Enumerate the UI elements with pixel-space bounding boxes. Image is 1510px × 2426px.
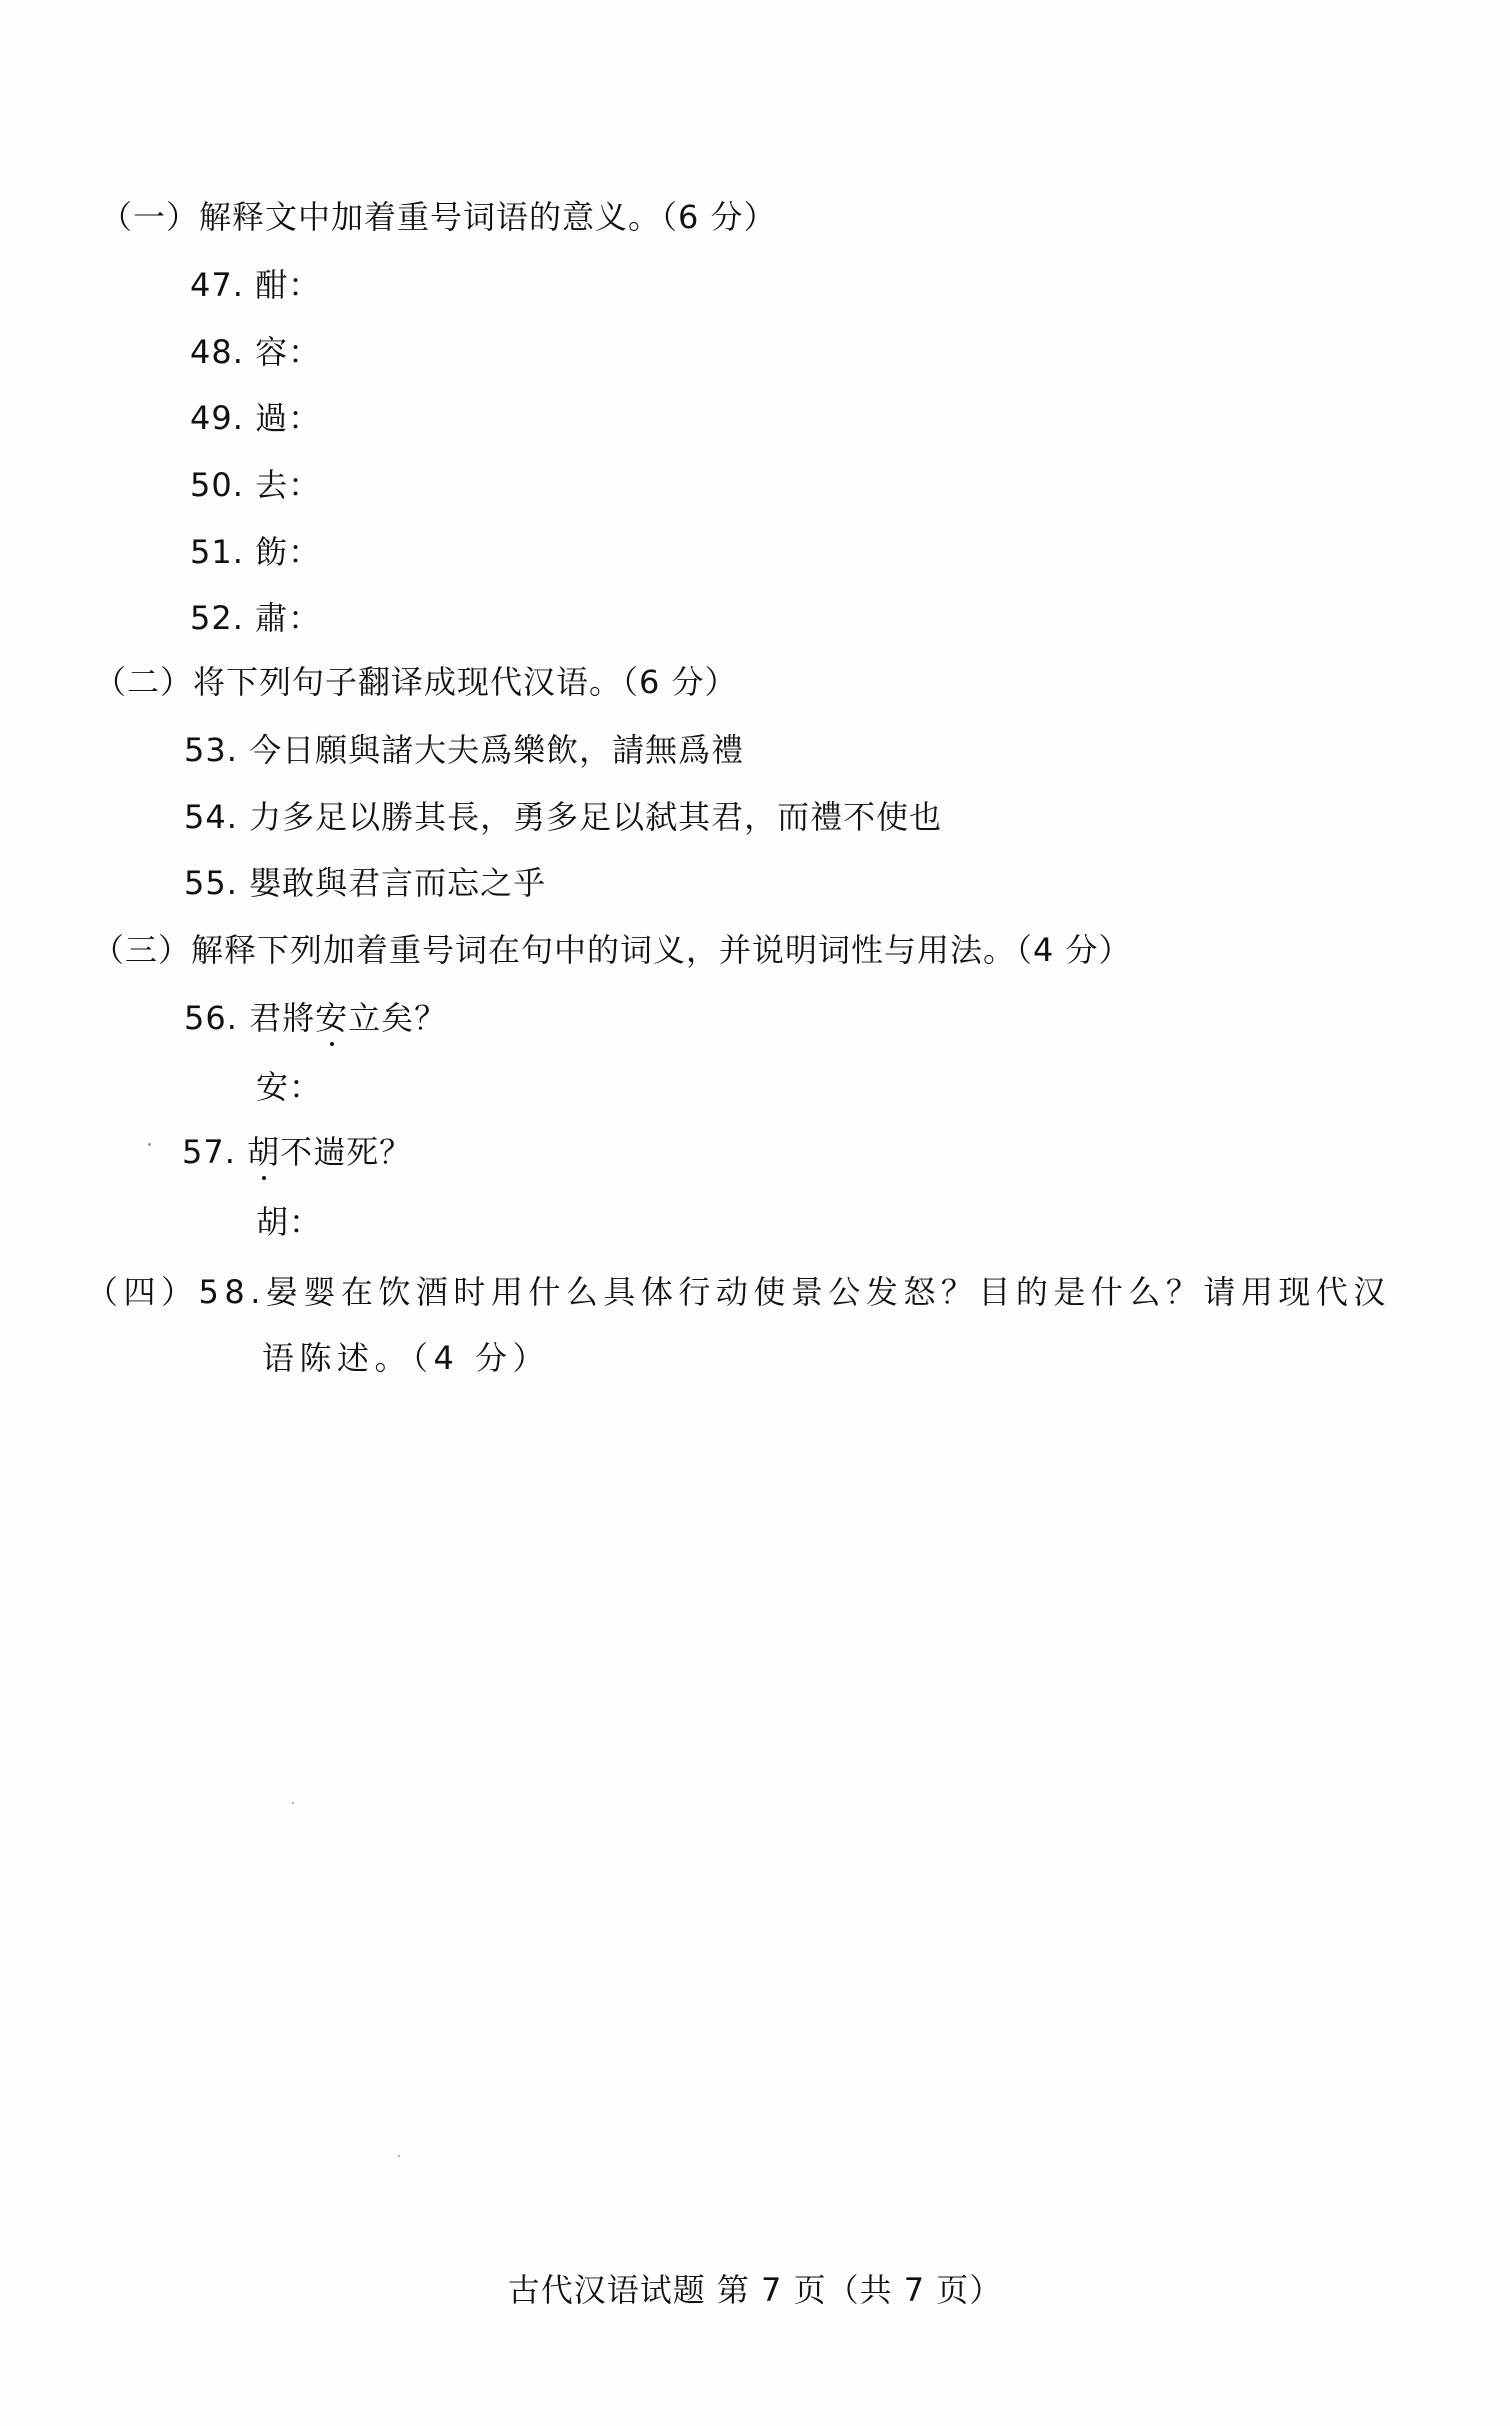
sentence-pre: 君將 bbox=[249, 999, 315, 1037]
question-number: 49. bbox=[190, 398, 244, 438]
question-term: 容： bbox=[255, 333, 321, 371]
question-number: 56. bbox=[184, 998, 238, 1038]
question-53: 53. 今日願與諸大夫爲樂飲，請無爲禮 bbox=[184, 730, 744, 770]
question-50: 50. 去： bbox=[190, 465, 321, 505]
question-sentence: 嬰敢與君言而忘之乎 bbox=[249, 864, 546, 902]
question-number: 50. bbox=[190, 465, 244, 505]
emphasis-mark-word: 安 bbox=[315, 998, 348, 1038]
question-55: 55. 嬰敢與君言而忘之乎 bbox=[184, 863, 546, 903]
section-4-prefix: （四）58. bbox=[86, 1273, 266, 1311]
sentence-post: 不遄死？ bbox=[280, 1133, 412, 1171]
question-number: 47. bbox=[190, 265, 244, 305]
question-58-line2: 语陈述。（4 分） bbox=[262, 1338, 550, 1378]
question-number: 52. bbox=[190, 598, 244, 638]
question-number: 48. bbox=[190, 332, 244, 372]
question-term: 肅： bbox=[255, 599, 321, 637]
question-term: 過： bbox=[255, 399, 321, 437]
scan-speck bbox=[148, 1143, 151, 1146]
question-48: 48. 容： bbox=[190, 332, 321, 372]
question-sentence: 今日願與諸大夫爲樂飲，請無爲禮 bbox=[249, 731, 744, 769]
question-57: 57. 胡不遄死？ bbox=[182, 1132, 412, 1172]
question-number: 54. bbox=[184, 797, 238, 837]
question-term: 酣： bbox=[255, 266, 321, 304]
question-term: 去： bbox=[255, 466, 321, 504]
section-2-heading: （二）将下列句子翻译成现代汉语。（6 分） bbox=[94, 662, 738, 702]
answer-label-57: 胡： bbox=[256, 1202, 322, 1242]
question-number: 53. bbox=[184, 730, 238, 770]
emphasis-mark-word: 胡 bbox=[247, 1132, 280, 1172]
section-1-heading: （一）解释文中加着重号词语的意义。（6 分） bbox=[100, 197, 777, 237]
question-number: 51. bbox=[190, 532, 244, 572]
question-58-line1: 晏婴在饮酒时用什么具体行动使景公发怒？目的是什么？请用现代汉 bbox=[266, 1273, 1391, 1311]
page-footer: 古代汉语试题 第 7 页（共 7 页） bbox=[0, 2270, 1510, 2310]
answer-label-56: 安： bbox=[256, 1067, 322, 1107]
scan-speck bbox=[398, 2155, 400, 2157]
question-49: 49. 過： bbox=[190, 398, 321, 438]
question-54: 54. 力多足以勝其長，勇多足以弑其君，而禮不使也 bbox=[184, 797, 942, 837]
question-51: 51. 飭： bbox=[190, 532, 321, 572]
sentence-post: 立矣？ bbox=[348, 999, 447, 1037]
question-52: 52. 肅： bbox=[190, 598, 321, 638]
question-term: 飭： bbox=[255, 533, 321, 571]
question-56: 56. 君將安立矣？ bbox=[184, 998, 447, 1038]
scan-speck bbox=[292, 1802, 294, 1804]
question-58: （四）58.晏婴在饮酒时用什么具体行动使景公发怒？目的是什么？请用现代汉 bbox=[86, 1272, 1391, 1312]
question-sentence: 力多足以勝其長，勇多足以弑其君，而禮不使也 bbox=[249, 798, 942, 836]
question-number: 57. bbox=[182, 1132, 236, 1172]
question-47: 47. 酣： bbox=[190, 265, 321, 305]
question-number: 55. bbox=[184, 863, 238, 903]
section-3-heading: （三）解释下列加着重号词在句中的词义，并说明词性与用法。（4 分） bbox=[92, 930, 1132, 970]
